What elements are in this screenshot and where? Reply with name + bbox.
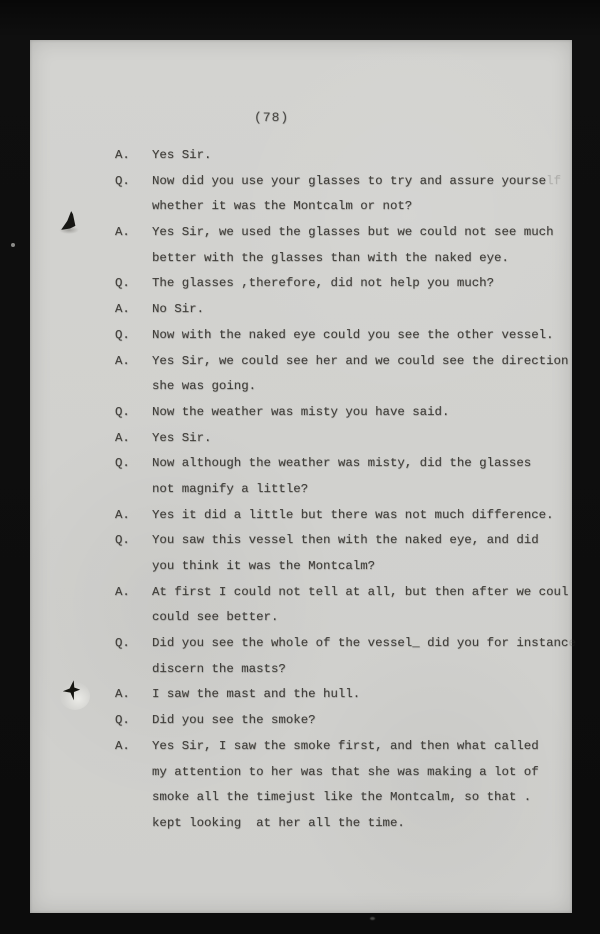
- speaker-label: A.: [115, 687, 152, 701]
- transcript-line: Q.Now did you use your glasses to try an…: [115, 174, 566, 200]
- line-text: You saw this vessel then with the naked …: [152, 533, 539, 547]
- transcript-line: Q.Now with the naked eye could you see t…: [115, 328, 566, 354]
- speaker-label: A.: [115, 225, 152, 239]
- line-text: she was going.: [152, 379, 256, 393]
- line-text: better with the glasses than with the na…: [152, 251, 509, 265]
- transcript-line: A.I saw the mast and the hull.: [115, 687, 566, 713]
- transcript-line: Q.The glasses ,therefore, did not help y…: [115, 276, 566, 302]
- line-text: The glasses ,therefore, did not help you…: [152, 276, 494, 290]
- transcript-line: she was going.: [115, 379, 566, 405]
- speaker-label: A.: [115, 354, 152, 368]
- document-page: (78) A.Yes Sir.Q.Now did you use your gl…: [30, 40, 572, 913]
- transcript-line: smoke all the timejust like the Montcalm…: [115, 790, 566, 816]
- speaker-label: A.: [115, 148, 152, 162]
- transcript-line: A.Yes Sir.: [115, 148, 566, 174]
- line-text: At first I could not tell at all, but th…: [152, 585, 568, 599]
- line-text: Now although the weather was misty, did …: [152, 456, 531, 470]
- line-text: not magnify a little?: [152, 482, 308, 496]
- transcript-line: could see better.: [115, 610, 566, 636]
- line-text: smoke all the timejust like the Montcalm…: [152, 790, 531, 804]
- line-text: kept looking at her all the time.: [152, 816, 405, 830]
- transcript-line: better with the glasses than with the na…: [115, 251, 566, 277]
- transcript-line: Q.Did you see the whole of the vessel_ d…: [115, 636, 566, 662]
- line-text: Yes Sir.: [152, 148, 212, 162]
- speaker-label: A.: [115, 585, 152, 599]
- margin-speck: [11, 243, 15, 247]
- transcript-line: Q.You saw this vessel then with the nake…: [115, 533, 566, 559]
- line-text: Now did you use your glasses to try and …: [152, 174, 561, 188]
- transcript-line: you think it was the Montcalm?: [115, 559, 566, 585]
- line-text: Now the weather was misty you have said.: [152, 405, 449, 419]
- line-text: Yes Sir, we could see her and we could s…: [152, 354, 568, 368]
- line-text: could see better.: [152, 610, 278, 624]
- line-text: Yes it did a little but there was not mu…: [152, 508, 554, 522]
- line-text: Did you see the whole of the vessel_ did…: [152, 636, 576, 650]
- bottom-margin-speck: [370, 917, 375, 920]
- line-text: Now with the naked eye could you see the…: [152, 328, 554, 342]
- transcript-line: Q.Did you see the smoke?: [115, 713, 566, 739]
- transcript: A.Yes Sir.Q.Now did you use your glasses…: [115, 148, 566, 842]
- transcript-line: A.Yes it did a little but there was not …: [115, 508, 566, 534]
- transcript-line: my attention to her was that she was mak…: [115, 765, 566, 791]
- speaker-label: A.: [115, 508, 152, 522]
- speaker-label: Q.: [115, 276, 152, 290]
- speaker-label: A.: [115, 739, 152, 753]
- speaker-label: Q.: [115, 636, 152, 650]
- speaker-label: Q.: [115, 533, 152, 547]
- line-text: you think it was the Montcalm?: [152, 559, 375, 573]
- speaker-label: Q.: [115, 405, 152, 419]
- transcript-line: A.Yes Sir, we could see her and we could…: [115, 354, 566, 380]
- transcript-line: whether it was the Montcalm or not?: [115, 199, 566, 225]
- faded-text: e: [568, 636, 575, 650]
- transcript-line: A.Yes Sir.: [115, 431, 566, 457]
- ink-blot-halo: [60, 682, 90, 710]
- speaker-label: A.: [115, 302, 152, 316]
- page-number: (78): [254, 110, 289, 125]
- speaker-label: A.: [115, 431, 152, 445]
- line-text: Yes Sir.: [152, 431, 212, 445]
- transcript-line: kept looking at her all the time.: [115, 816, 566, 842]
- line-text: I saw the mast and the hull.: [152, 687, 360, 701]
- line-text: my attention to her was that she was mak…: [152, 765, 539, 779]
- transcript-line: Q.Now although the weather was misty, di…: [115, 456, 566, 482]
- transcript-line: Q.Now the weather was misty you have sai…: [115, 405, 566, 431]
- transcript-line: A.No Sir.: [115, 302, 566, 328]
- line-text: Yes Sir, I saw the smoke first, and then…: [152, 739, 539, 753]
- transcript-line: A.Yes Sir, we used the glasses but we co…: [115, 225, 566, 251]
- faded-text: lf: [546, 174, 561, 188]
- transcript-line: A.Yes Sir, I saw the smoke first, and th…: [115, 739, 566, 765]
- line-text: discern the masts?: [152, 662, 286, 676]
- line-text: whether it was the Montcalm or not?: [152, 199, 412, 213]
- speaker-label: Q.: [115, 174, 152, 188]
- speaker-label: Q.: [115, 456, 152, 470]
- line-text: Did you see the smoke?: [152, 713, 316, 727]
- speaker-label: Q.: [115, 713, 152, 727]
- line-text: Yes Sir, we used the glasses but we coul…: [152, 225, 554, 239]
- transcript-line: discern the masts?: [115, 662, 566, 688]
- line-text: No Sir.: [152, 302, 204, 316]
- transcript-line: not magnify a little?: [115, 482, 566, 508]
- speaker-label: Q.: [115, 328, 152, 342]
- transcript-line: A.At first I could not tell at all, but …: [115, 585, 566, 611]
